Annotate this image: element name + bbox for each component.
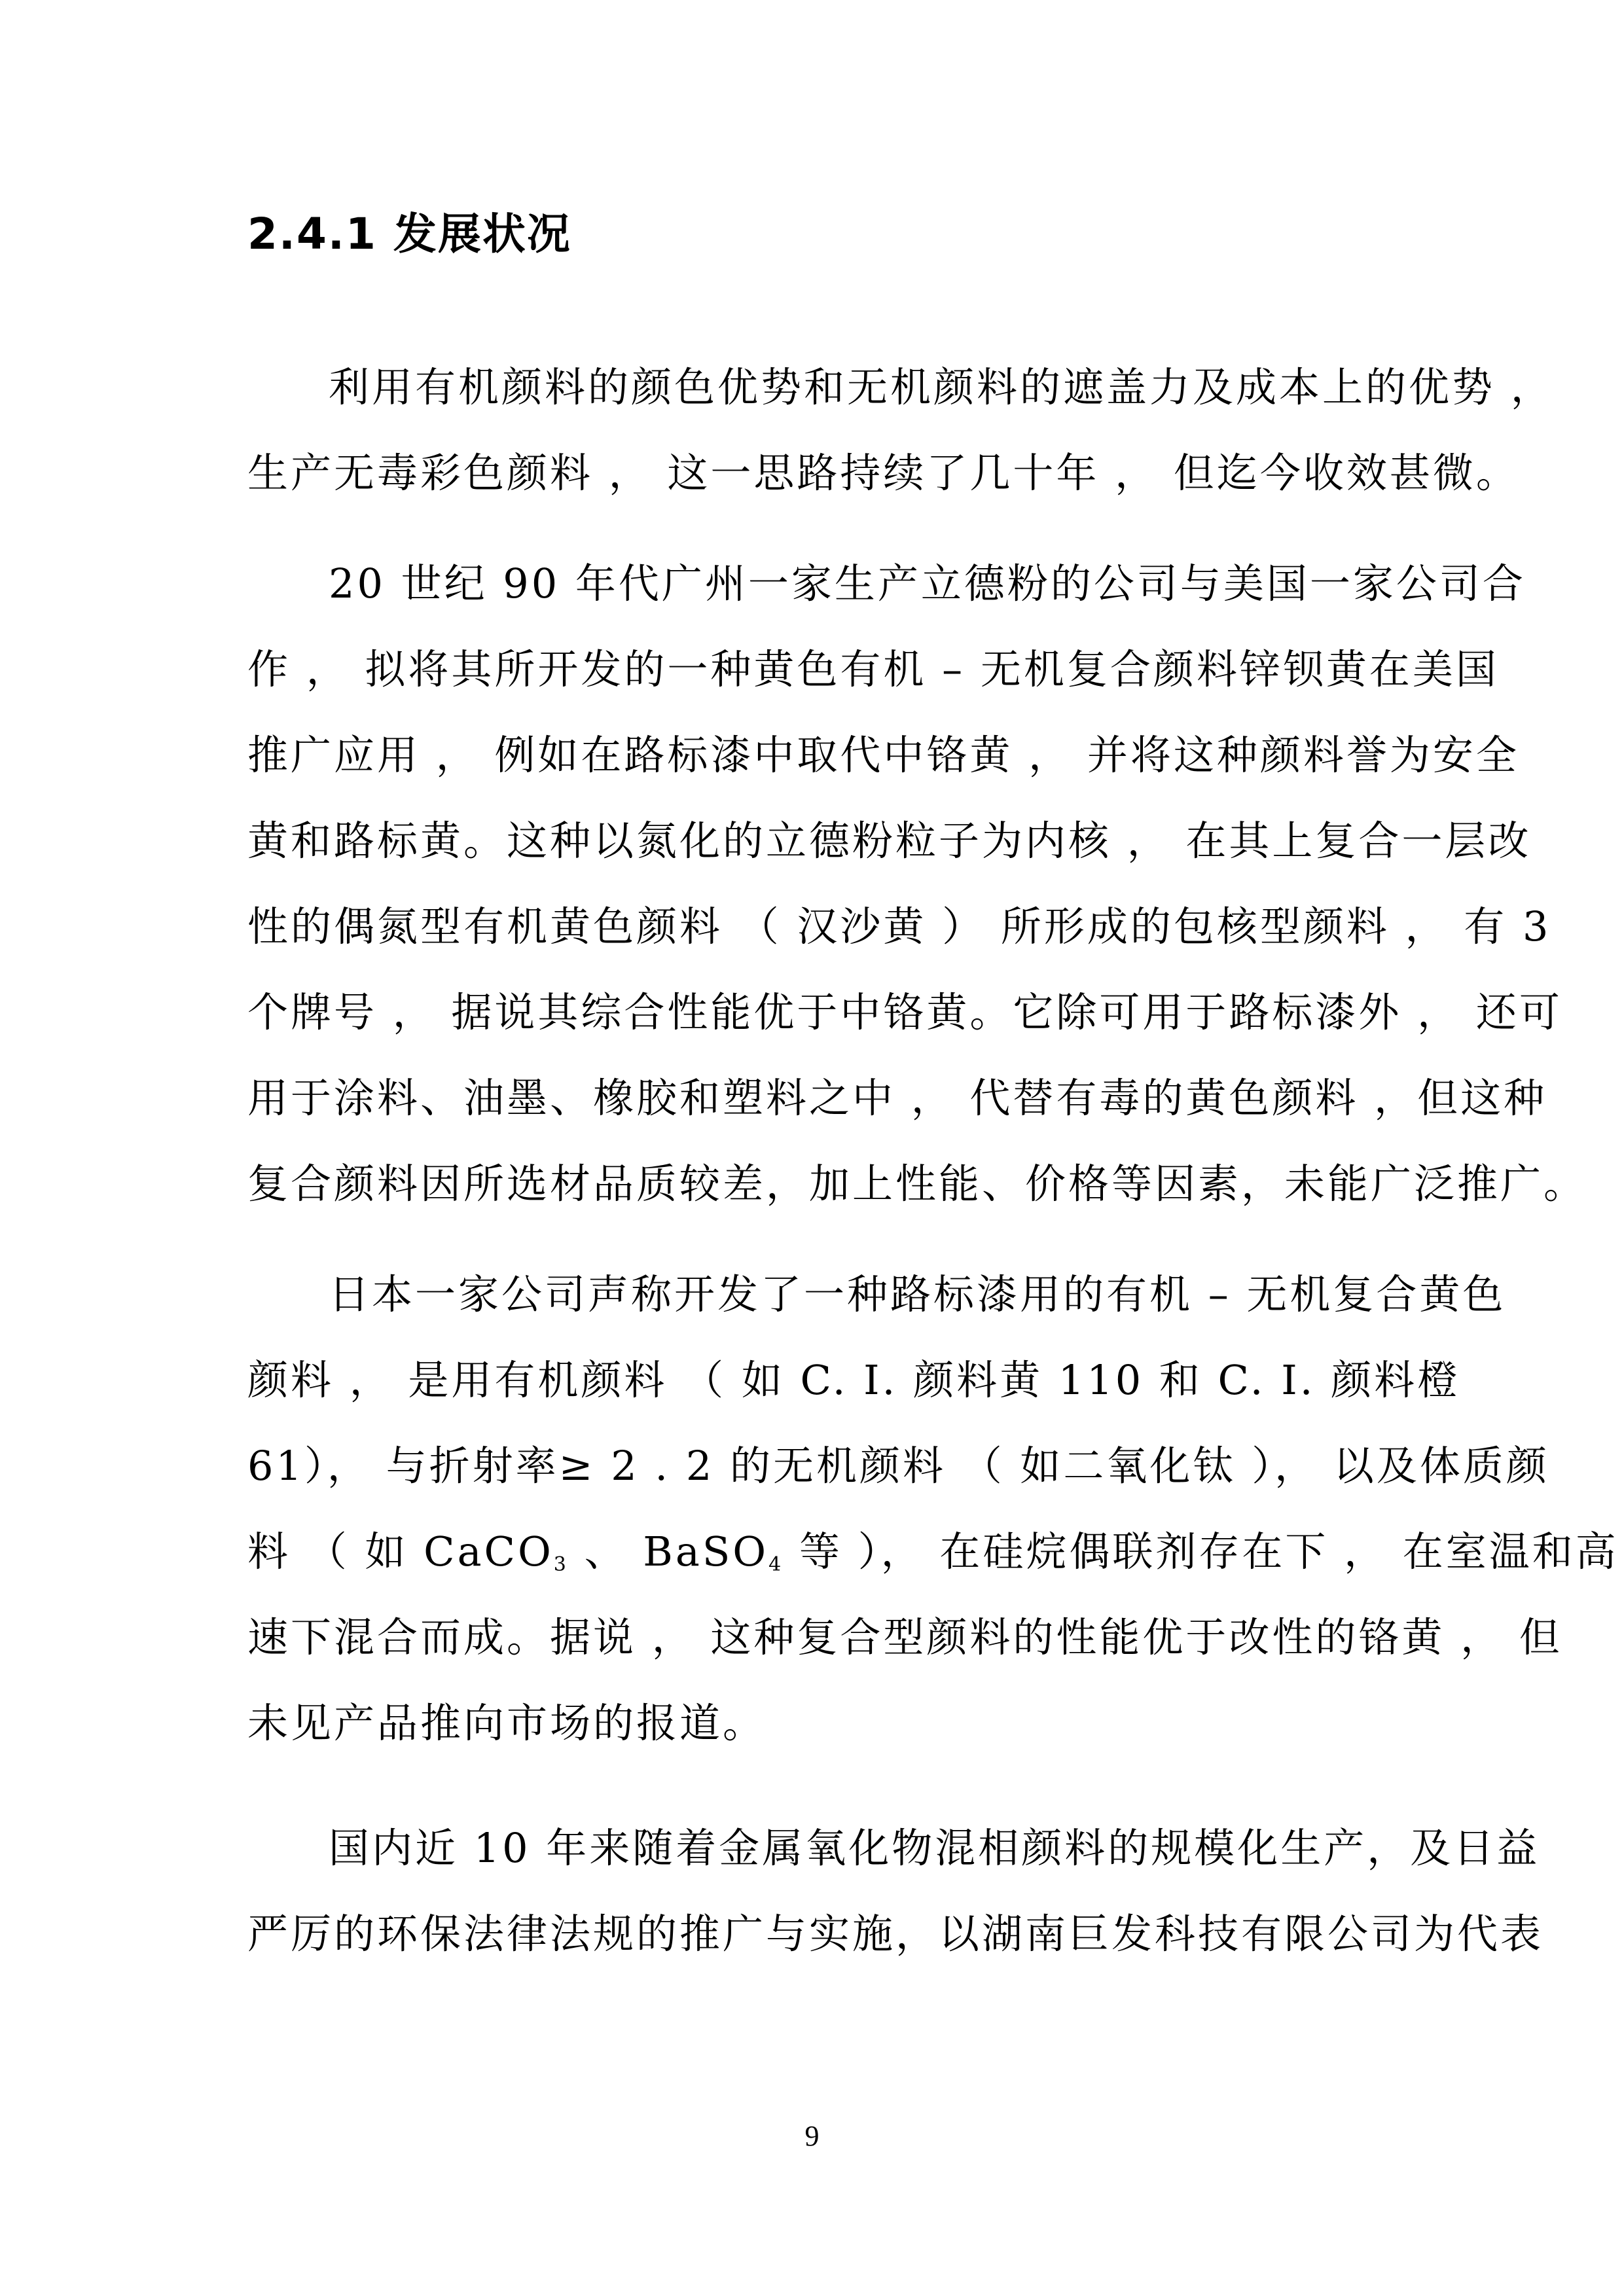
- text-line: 个牌号 ， 据说其综合性能优于中铬黄。它除可用于路标漆外 ， 还可: [247, 969, 1390, 1055]
- text-line: 61）， 与折射率≥ 2 . 2 的无机颜料 （ 如二氧化钛 ）， 以及体质颜: [247, 1423, 1390, 1509]
- text-line: 国内近 10 年来随着金属氧化物混相颜料的规模化生产，及日益: [247, 1805, 1390, 1891]
- text-segment: 等 ）， 在硅烷偶联剂存在下 ， 在室温和高: [784, 1528, 1619, 1575]
- text-line: 用于涂料、油墨、橡胶和塑料之中 ， 代替有毒的黄色颜料 ，但这种: [247, 1055, 1390, 1141]
- text-line: 日本一家公司声称开发了一种路标漆用的有机 – 无机复合黄色: [247, 1251, 1390, 1337]
- paragraph-4: 国内近 10 年来随着金属氧化物混相颜料的规模化生产，及日益 严厉的环保法律法规…: [247, 1805, 1390, 1977]
- text-line: 利用有机颜料的颜色优势和无机颜料的遮盖力及成本上的优势 ，: [247, 344, 1390, 430]
- paragraph-1: 利用有机颜料的颜色优势和无机颜料的遮盖力及成本上的优势 ， 生产无毒彩色颜料 ，…: [247, 344, 1390, 516]
- text-line-with-formulas: 料 （ 如 CaCO3 、 BaSO4 等 ）， 在硅烷偶联剂存在下 ， 在室温…: [247, 1509, 1390, 1594]
- subscript: 3: [554, 1553, 569, 1576]
- paragraph-3: 日本一家公司声称开发了一种路标漆用的有机 – 无机复合黄色 颜料 ， 是用有机颜…: [247, 1251, 1390, 1766]
- text-line: 未见产品推向市场的报道。: [247, 1680, 1390, 1766]
- text-line: 严厉的环保法律法规的推广与实施，以湖南巨发科技有限公司为代表: [247, 1891, 1390, 1977]
- page-number: 9: [0, 2119, 1624, 2153]
- text-line: 作 ， 拟将其所开发的一种黄色有机 – 无机复合颜料锌钡黄在美国: [247, 626, 1390, 712]
- text-line: 颜料 ， 是用有机颜料 （ 如 C. I. 颜料黄 110 和 C. I. 颜料…: [247, 1337, 1390, 1423]
- document-page: 2.4.1 发展状况 利用有机颜料的颜色优势和无机颜料的遮盖力及成本上的优势 ，…: [0, 0, 1624, 2296]
- text-line: 生产无毒彩色颜料 ， 这一思路持续了几十年 ， 但迄今收效甚微。: [247, 430, 1390, 516]
- text-line: 推广应用 ， 例如在路标漆中取代中铬黄 ， 并将这种颜料誉为安全: [247, 712, 1390, 798]
- section-heading: 2.4.1 发展状况: [247, 208, 571, 260]
- text-line: 速下混合而成。据说 ， 这种复合型颜料的性能优于改性的铬黄 ， 但: [247, 1594, 1390, 1680]
- text-line: 复合颜料因所选材品质较差，加上性能、价格等因素，未能广泛推广。: [247, 1141, 1390, 1227]
- text-segment: 、 BaSO: [569, 1528, 768, 1575]
- paragraph-2: 20 世纪 90 年代广州一家生产立德粉的公司与美国一家公司合 作 ， 拟将其所…: [247, 541, 1390, 1227]
- text-segment: 料 （ 如 CaCO: [247, 1528, 554, 1575]
- text-line: 黄和路标黄。这种以氮化的立德粉粒子为内核 ， 在其上复合一层改: [247, 798, 1390, 884]
- text-line: 性的偶氮型有机黄色颜料 （ 汉沙黄 ） 所形成的包核型颜料 ， 有 3: [247, 884, 1390, 969]
- subscript: 4: [768, 1553, 784, 1576]
- text-line: 20 世纪 90 年代广州一家生产立德粉的公司与美国一家公司合: [247, 541, 1390, 626]
